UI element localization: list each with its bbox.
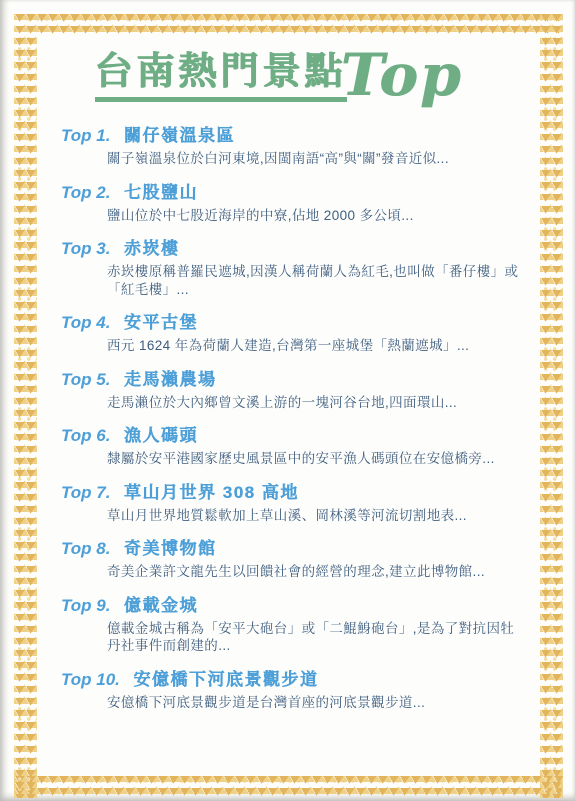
page-title: 台南熱門景點 Top (37, 36, 540, 102)
list-item-7: Top 7. 草山月世界 308 高地 草山月世界地質鬆軟加上草山溪、岡林溪等河… (61, 483, 540, 525)
entry-heading: Top 1. 關仔嶺溫泉區 (61, 126, 540, 147)
title-top-word: Top (341, 49, 463, 102)
entry-heading: Top 7. 草山月世界 308 高地 (61, 483, 540, 504)
entry-heading: Top 5. 走馬瀨農場 (61, 370, 540, 391)
page-content: 台南熱門景點 Top Top 1. 關仔嶺溫泉區 關子嶺溫泉位於白河東境,因閩南… (37, 36, 540, 776)
title-chinese-text: 台南熱門景點 (95, 51, 347, 102)
border-pattern-left (14, 14, 37, 798)
rank-label: Top 2. (61, 183, 110, 202)
rank-label: Top 5. (61, 370, 110, 389)
entry-heading: Top 6. 漁人碼頭 (61, 426, 540, 447)
border-pattern-right (540, 14, 563, 798)
list-item-3: Top 3. 赤崁樓 赤崁樓原稱普羅民遮城,因漢人稱荷蘭人為紅毛,也叫做「番仔樓… (61, 239, 540, 298)
scanned-page: 台南熱門景點 Top Top 1. 關仔嶺溫泉區 關子嶺溫泉位於白河東境,因閩南… (0, 0, 575, 801)
attraction-description: 奇美企業許文龍先生以回饋社會的經營的理念,建立此博物館... (61, 563, 519, 581)
rank-label: Top 3. (61, 239, 110, 258)
attraction-name: 草山月世界 308 高地 (124, 483, 299, 502)
attraction-name: 七股鹽山 (124, 183, 198, 202)
entry-heading: Top 9. 億載金城 (61, 596, 540, 617)
rank-label: Top 9. (61, 596, 110, 615)
attractions-list: Top 1. 關仔嶺溫泉區 關子嶺溫泉位於白河東境,因閩南語“高”與“關”發音近… (37, 126, 540, 711)
rank-label: Top 7. (61, 483, 110, 502)
list-item-1: Top 1. 關仔嶺溫泉區 關子嶺溫泉位於白河東境,因閩南語“高”與“關”發音近… (61, 126, 540, 168)
attraction-description: 關子嶺溫泉位於白河東境,因閩南語“高”與“關”發音近似... (61, 150, 519, 168)
rank-label: Top 6. (61, 426, 110, 445)
attraction-name: 赤崁樓 (124, 239, 180, 258)
attraction-name: 奇美博物館 (124, 539, 217, 558)
rank-label: Top 10. (61, 670, 120, 689)
list-item-4: Top 4. 安平古堡 西元 1624 年為荷蘭人建造,台灣第一座城堡「熱蘭遮城… (61, 313, 540, 355)
border-pattern-top (14, 14, 563, 36)
attraction-description: 安億橋下河底景觀步道是台灣首座的河底景觀步道... (61, 694, 519, 712)
list-item-6: Top 6. 漁人碼頭 隸屬於安平港國家歷史風景區中的安平漁人碼頭位在安億橋旁.… (61, 426, 540, 468)
rank-label: Top 1. (61, 126, 110, 145)
attraction-description: 草山月世界地質鬆軟加上草山溪、岡林溪等河流切割地表... (61, 507, 519, 525)
border-pattern-bottom (14, 776, 563, 798)
attraction-description: 隸屬於安平港國家歷史風景區中的安平漁人碼頭位在安億橋旁... (61, 450, 519, 468)
attraction-description: 億載金城古稱為「安平大砲台」或「二鯤鯓砲台」,是為了對抗因牡丹社事件而創建的..… (61, 620, 519, 655)
entry-heading: Top 4. 安平古堡 (61, 313, 540, 334)
attraction-description: 鹽山位於中七股近海岸的中寮,佔地 2000 多公頃... (61, 207, 519, 225)
attraction-name: 關仔嶺溫泉區 (124, 126, 235, 145)
entry-heading: Top 10. 安億橋下河底景觀步道 (61, 670, 540, 691)
entry-heading: Top 3. 赤崁樓 (61, 239, 540, 260)
attraction-name: 漁人碼頭 (124, 426, 198, 445)
attraction-description: 西元 1624 年為荷蘭人建造,台灣第一座城堡「熱蘭遮城」... (61, 337, 519, 355)
attraction-name: 億載金城 (124, 596, 198, 615)
attraction-name: 安平古堡 (124, 313, 198, 332)
entry-heading: Top 2. 七股鹽山 (61, 183, 540, 204)
list-item-8: Top 8. 奇美博物館 奇美企業許文龍先生以回饋社會的經營的理念,建立此博物館… (61, 539, 540, 581)
attraction-description: 赤崁樓原稱普羅民遮城,因漢人稱荷蘭人為紅毛,也叫做「番仔樓」或「紅毛樓」... (61, 263, 519, 298)
attraction-description: 走馬瀨位於大內鄉曾文溪上游的一塊河谷台地,四面環山... (61, 394, 519, 412)
attraction-name: 走馬瀨農場 (124, 370, 217, 389)
list-item-2: Top 2. 七股鹽山 鹽山位於中七股近海岸的中寮,佔地 2000 多公頃... (61, 183, 540, 225)
rank-label: Top 8. (61, 539, 110, 558)
list-item-9: Top 9. 億載金城 億載金城古稱為「安平大砲台」或「二鯤鯓砲台」,是為了對抗… (61, 596, 540, 655)
rank-label: Top 4. (61, 313, 110, 332)
list-item-5: Top 5. 走馬瀨農場 走馬瀨位於大內鄉曾文溪上游的一塊河谷台地,四面環山..… (61, 370, 540, 412)
entry-heading: Top 8. 奇美博物館 (61, 539, 540, 560)
attraction-name: 安億橋下河底景觀步道 (133, 670, 318, 689)
list-item-10: Top 10. 安億橋下河底景觀步道 安億橋下河底景觀步道是台灣首座的河底景觀步… (61, 670, 540, 712)
